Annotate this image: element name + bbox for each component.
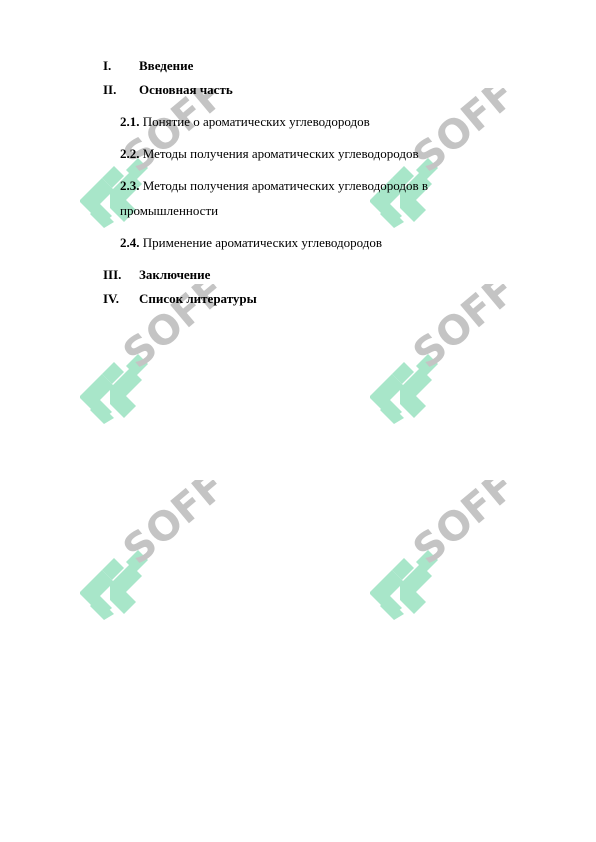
section-numeral: IV.: [103, 291, 119, 307]
section-numeral: II.: [103, 82, 116, 98]
section-title: Список литературы: [139, 291, 257, 307]
section-numeral: I.: [103, 58, 111, 74]
section-numeral: III.: [103, 267, 121, 283]
subsection-number: 2.2.: [120, 146, 140, 161]
subsection-title: Методы получения ароматических углеводор…: [143, 146, 419, 161]
document-page: SOFF SOFF SOFF SOFF SOFF SOFF I. Введени…: [0, 0, 596, 842]
section-title: Введение: [139, 58, 193, 74]
subsection-number: 2.4.: [120, 235, 140, 250]
section-title: Заключение: [139, 267, 210, 283]
subsection-number: 2.3.: [120, 178, 140, 193]
table-of-contents: I. Введение II. Основная часть 2.1. Поня…: [0, 0, 596, 842]
subsection-title-continuation: промышленности: [120, 203, 218, 219]
subsection-title: Применение ароматических углеводородов: [143, 235, 382, 250]
subsection-title: Методы получения ароматических углеводор…: [143, 178, 428, 193]
subsection-number: 2.1.: [120, 114, 140, 129]
subsection-title: Понятие о ароматических углеводородов: [143, 114, 370, 129]
section-title: Основная часть: [139, 82, 233, 98]
